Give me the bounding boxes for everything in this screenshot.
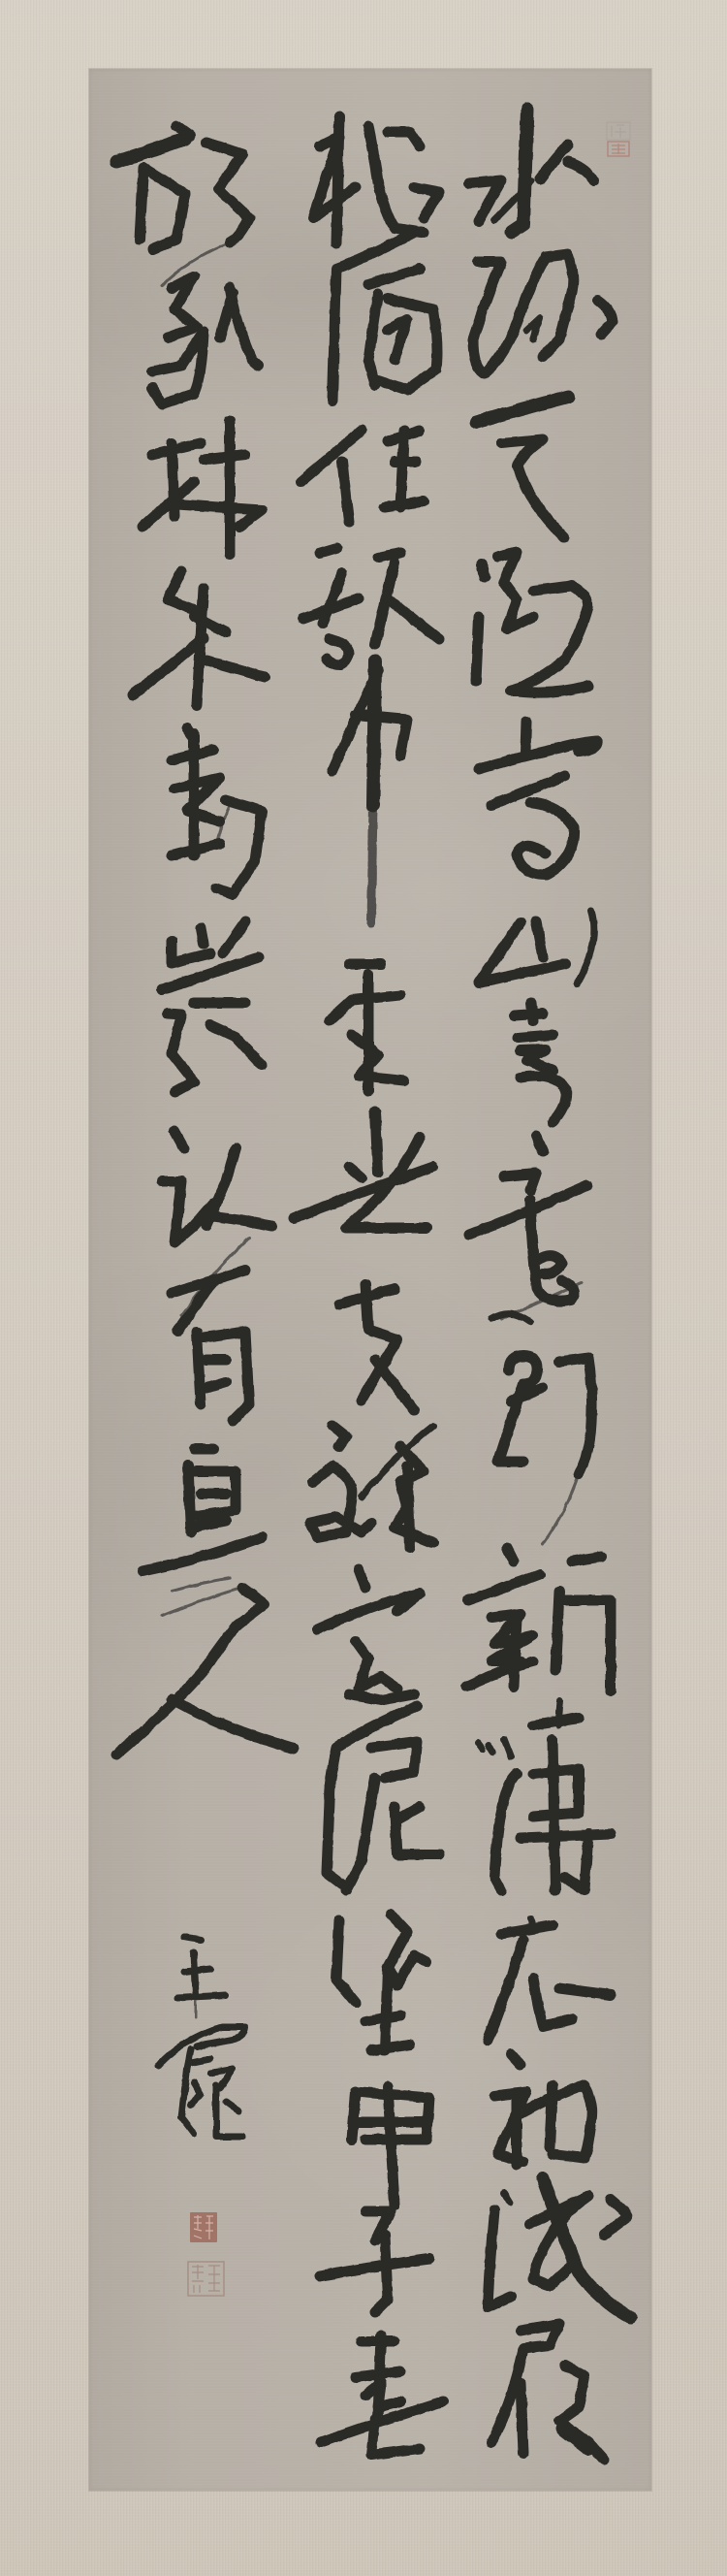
calligraphy-char-c2-13: 甲	[352, 2086, 432, 2206]
calligraphy-char-c3-06: 巖	[162, 921, 262, 1092]
char-glyph: 客	[330, 1603, 407, 1693]
char-glyph: 衣	[509, 1947, 586, 2037]
char-glyph: 認	[179, 1156, 261, 1246]
brush-strokes	[543, 1474, 579, 1544]
char-glyph: 人	[165, 1646, 242, 1736]
calligraphy-char-c1-07: 青	[502, 1003, 580, 1122]
char-glyph: 新	[500, 1589, 578, 1679]
char-glyph: 垂	[327, 1004, 404, 1094]
signature-char-chong: 寵	[158, 2027, 245, 2137]
char-glyph: 水	[491, 141, 569, 231]
char-glyph: 寵	[176, 2070, 225, 2126]
char-glyph: 支	[336, 1313, 414, 1403]
calligraphy-char-c2-06: 垂	[327, 964, 404, 1094]
char-glyph: 天	[483, 436, 560, 527]
char-glyph: 泥	[344, 1785, 422, 1875]
calligraphy-char-c2-11: 泥	[327, 1706, 439, 1890]
calligraphy-char-c3-08: 有	[171, 1271, 249, 1421]
calligraphy-char-c3-10: 人	[116, 1588, 294, 1755]
calligraphy-char-c1-08: 花	[469, 1136, 587, 1322]
char-glyph: 春	[342, 2359, 420, 2449]
seal-artist-name	[190, 2212, 217, 2242]
char-glyph: 初	[504, 2076, 582, 2166]
char-glyph: 試	[522, 2220, 599, 2310]
char-glyph: 巾	[332, 685, 409, 775]
calligraphy-char-c1-14: 試	[488, 2178, 630, 2317]
char-glyph: 動	[177, 786, 255, 876]
calligraphy-char-c2-07: 老	[294, 1111, 433, 1232]
calligraphy-char-c1-06: 山	[479, 905, 594, 995]
calligraphy-char-c1-11: 薄	[478, 1701, 611, 1890]
char-glyph: 花	[489, 1208, 566, 1299]
seal-artist-style-name	[188, 2262, 224, 2296]
char-glyph: 王	[177, 1948, 226, 2004]
calligraphy-char-c2-01: 耽	[313, 116, 439, 243]
calligraphy-char-c2-03: 任	[300, 431, 424, 522]
char-glyph: 綠	[502, 278, 580, 369]
calligraphy-char-c2-10: 客	[317, 1569, 420, 1700]
signature-char-wang: 王	[177, 1937, 226, 2017]
calligraphy-char-c2-14: 子	[320, 2211, 429, 2312]
calligraphy-char-c3-05: 動	[172, 727, 262, 894]
char-glyph: 真	[165, 1506, 245, 1596]
char-glyph: 青	[502, 1030, 580, 1120]
calligraphy-char-c1-05: 高	[479, 722, 597, 875]
calligraphy-char-c3-04: 木	[133, 571, 265, 705]
seal-script	[192, 2265, 220, 2293]
dry-brush-stroke	[371, 805, 373, 923]
char-glyph: 木	[160, 611, 237, 701]
calligraphy-char-c1-09: 好	[498, 1356, 592, 1544]
char-glyph: 耽	[324, 142, 401, 232]
char-glyph: 微	[492, 606, 570, 696]
brush-strokes	[530, 1918, 534, 1928]
seal-script	[612, 125, 626, 138]
char-glyph: 放	[150, 151, 228, 241]
calligraphy-char-c1-02: 綠	[473, 254, 613, 373]
char-glyph: 子	[334, 2221, 412, 2311]
char-glyph: 薄	[504, 1775, 582, 1865]
brush-strokes	[491, 1314, 530, 1322]
calligraphy-char-c2-08: 支	[336, 1284, 414, 1410]
char-glyph: 甲	[355, 2105, 432, 2195]
brush-strokes	[504, 2193, 510, 2203]
calligraphy-char-c1-01: 水	[469, 110, 593, 232]
calligraphy-char-c3-03: 林	[142, 421, 262, 555]
calligraphy-char-c3-01: 放	[116, 126, 249, 286]
calligraphy-char-c1-13: 初	[494, 2054, 592, 2166]
char-glyph: 高	[499, 772, 577, 862]
calligraphy-char-c1-03: 天	[477, 397, 568, 537]
seal-script	[612, 144, 625, 154]
char-glyph: 巖	[172, 981, 249, 1071]
seal-top-right	[607, 122, 630, 156]
char-glyph: 山	[495, 905, 573, 995]
calligraphy-char-c1-15: 屐	[491, 2324, 604, 2460]
brush-strokes	[577, 911, 594, 984]
calligraphy-char-c3-09: 真	[142, 1449, 262, 1596]
calligraphy-char-c3-02: 歌	[152, 276, 259, 404]
char-glyph: 老	[324, 1142, 401, 1232]
char-glyph: 欹	[333, 567, 411, 658]
calligraphy-char-c1-10: 新	[466, 1548, 611, 1691]
calligraphy-inscription: 水 綠 天 微 高 山 青	[0, 0, 727, 2576]
calligraphy-char-c2-09: 離	[310, 1426, 433, 1551]
calligraphy-char-c2-04: 欹	[303, 548, 439, 665]
char-glyph: 任	[324, 432, 401, 522]
calligraphy-char-c2-05: 巾	[332, 661, 409, 923]
calligraphy-char-c1-04: 微	[476, 552, 588, 696]
char-glyph: 屐	[504, 2366, 582, 2456]
char-glyph: 有	[171, 1307, 248, 1398]
char-glyph: 酒	[344, 298, 422, 388]
calligraphy-char-c2-15: 春	[321, 2335, 443, 2455]
char-glyph: 塗	[340, 1952, 418, 2043]
calligraphy-char-c2-02: 酒	[332, 233, 437, 401]
char-glyph: 離	[334, 1461, 412, 1551]
char-glyph: 歌	[165, 299, 242, 389]
char-glyph: 好	[509, 1366, 586, 1456]
calligraphy-char-c2-12: 塗	[336, 1915, 427, 2050]
char-glyph: 林	[163, 461, 240, 551]
ink-layer: 水 綠 天 微 高 山 青	[116, 110, 630, 2460]
calligraphy-char-c1-12: 衣	[488, 1918, 611, 2041]
brush-strokes	[477, 397, 568, 422]
